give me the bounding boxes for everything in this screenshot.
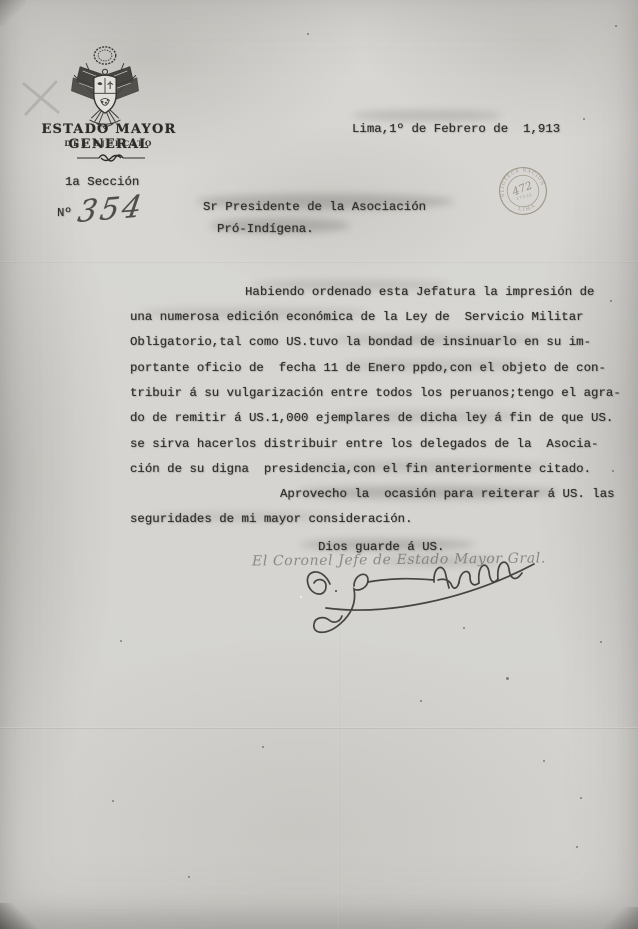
scan-corner-bottom-left <box>0 903 46 929</box>
paper-speck <box>307 33 309 35</box>
body-line: tribuir á su vulgarización entre todos l… <box>130 386 621 401</box>
body-line: Obligatorio,tal como US.tuvo la bondad d… <box>130 335 591 350</box>
paper-speck <box>612 470 614 472</box>
signature <box>296 556 546 646</box>
paper-speck <box>112 800 114 802</box>
recipient-line-1: Sr Presidente de la Asociación <box>203 200 426 215</box>
paper-speck <box>188 876 190 878</box>
peru-coat-of-arms-emblem <box>62 44 148 134</box>
stamp-arc-bottom-text: LIMA <box>516 202 538 215</box>
paper-speck <box>576 846 578 848</box>
paper-speck <box>506 677 509 680</box>
letter-page: ESTADO MAYOR GENERAL DEL EJERCITO 1a Sec… <box>0 0 638 929</box>
paper-speck <box>580 797 582 799</box>
section-line: 1a Sección <box>65 175 139 190</box>
paper-speck-white <box>390 520 392 522</box>
paper-speck <box>262 746 264 748</box>
body-line: Habiendo ordenado esta Jefatura la impre… <box>245 285 594 300</box>
pencil-x-mark <box>18 78 64 118</box>
recipient-line-2: Pró-Indígena. <box>217 222 314 237</box>
body-line: portante oficio de fecha 11 de Enero ppd… <box>130 361 606 376</box>
body-line: ción de su digna presidencia,con el fin … <box>130 462 591 477</box>
paper-speck <box>543 760 545 762</box>
body-line: Aprovecho la ocasión para reiterar á US.… <box>280 487 615 502</box>
paper-speck <box>420 700 422 702</box>
horizontal-fold-crease-upper <box>0 261 638 263</box>
paper-speck <box>463 627 465 629</box>
scan-corner-bottom-right <box>598 907 638 929</box>
vertical-fold-crease <box>338 615 340 929</box>
scan-corner-top-left <box>0 0 26 26</box>
body-line: do de remitir á US.1,000 ejemplares de d… <box>130 411 613 426</box>
body-line: seguridades de mi mayor consideración. <box>130 512 413 527</box>
horizontal-fold-crease <box>0 727 638 729</box>
paper-speck <box>120 640 122 642</box>
handwritten-number: 354 <box>75 189 147 230</box>
paper-speck <box>610 300 612 302</box>
library-round-stamp: BIBLIOTECA NACIONAL LIMA 472 17536 <box>490 158 555 223</box>
number-label: Nº <box>57 206 72 221</box>
decorative-rule <box>75 151 147 163</box>
svg-text:LIMA: LIMA <box>516 202 538 215</box>
body-line: se sirva hacerlos distribuir entre los d… <box>130 437 598 452</box>
org-subtitle: DEL EJERCITO <box>24 139 194 148</box>
body-line: una numerosa edición económica de la Ley… <box>130 310 584 325</box>
paper-speck-white <box>300 596 302 598</box>
date-line: Lima,1º de Febrero de 1,913 <box>352 122 560 137</box>
paper-speck <box>615 25 617 27</box>
paper-speck <box>600 641 602 643</box>
paper-speck <box>583 118 585 120</box>
ink-smudge <box>352 110 502 121</box>
